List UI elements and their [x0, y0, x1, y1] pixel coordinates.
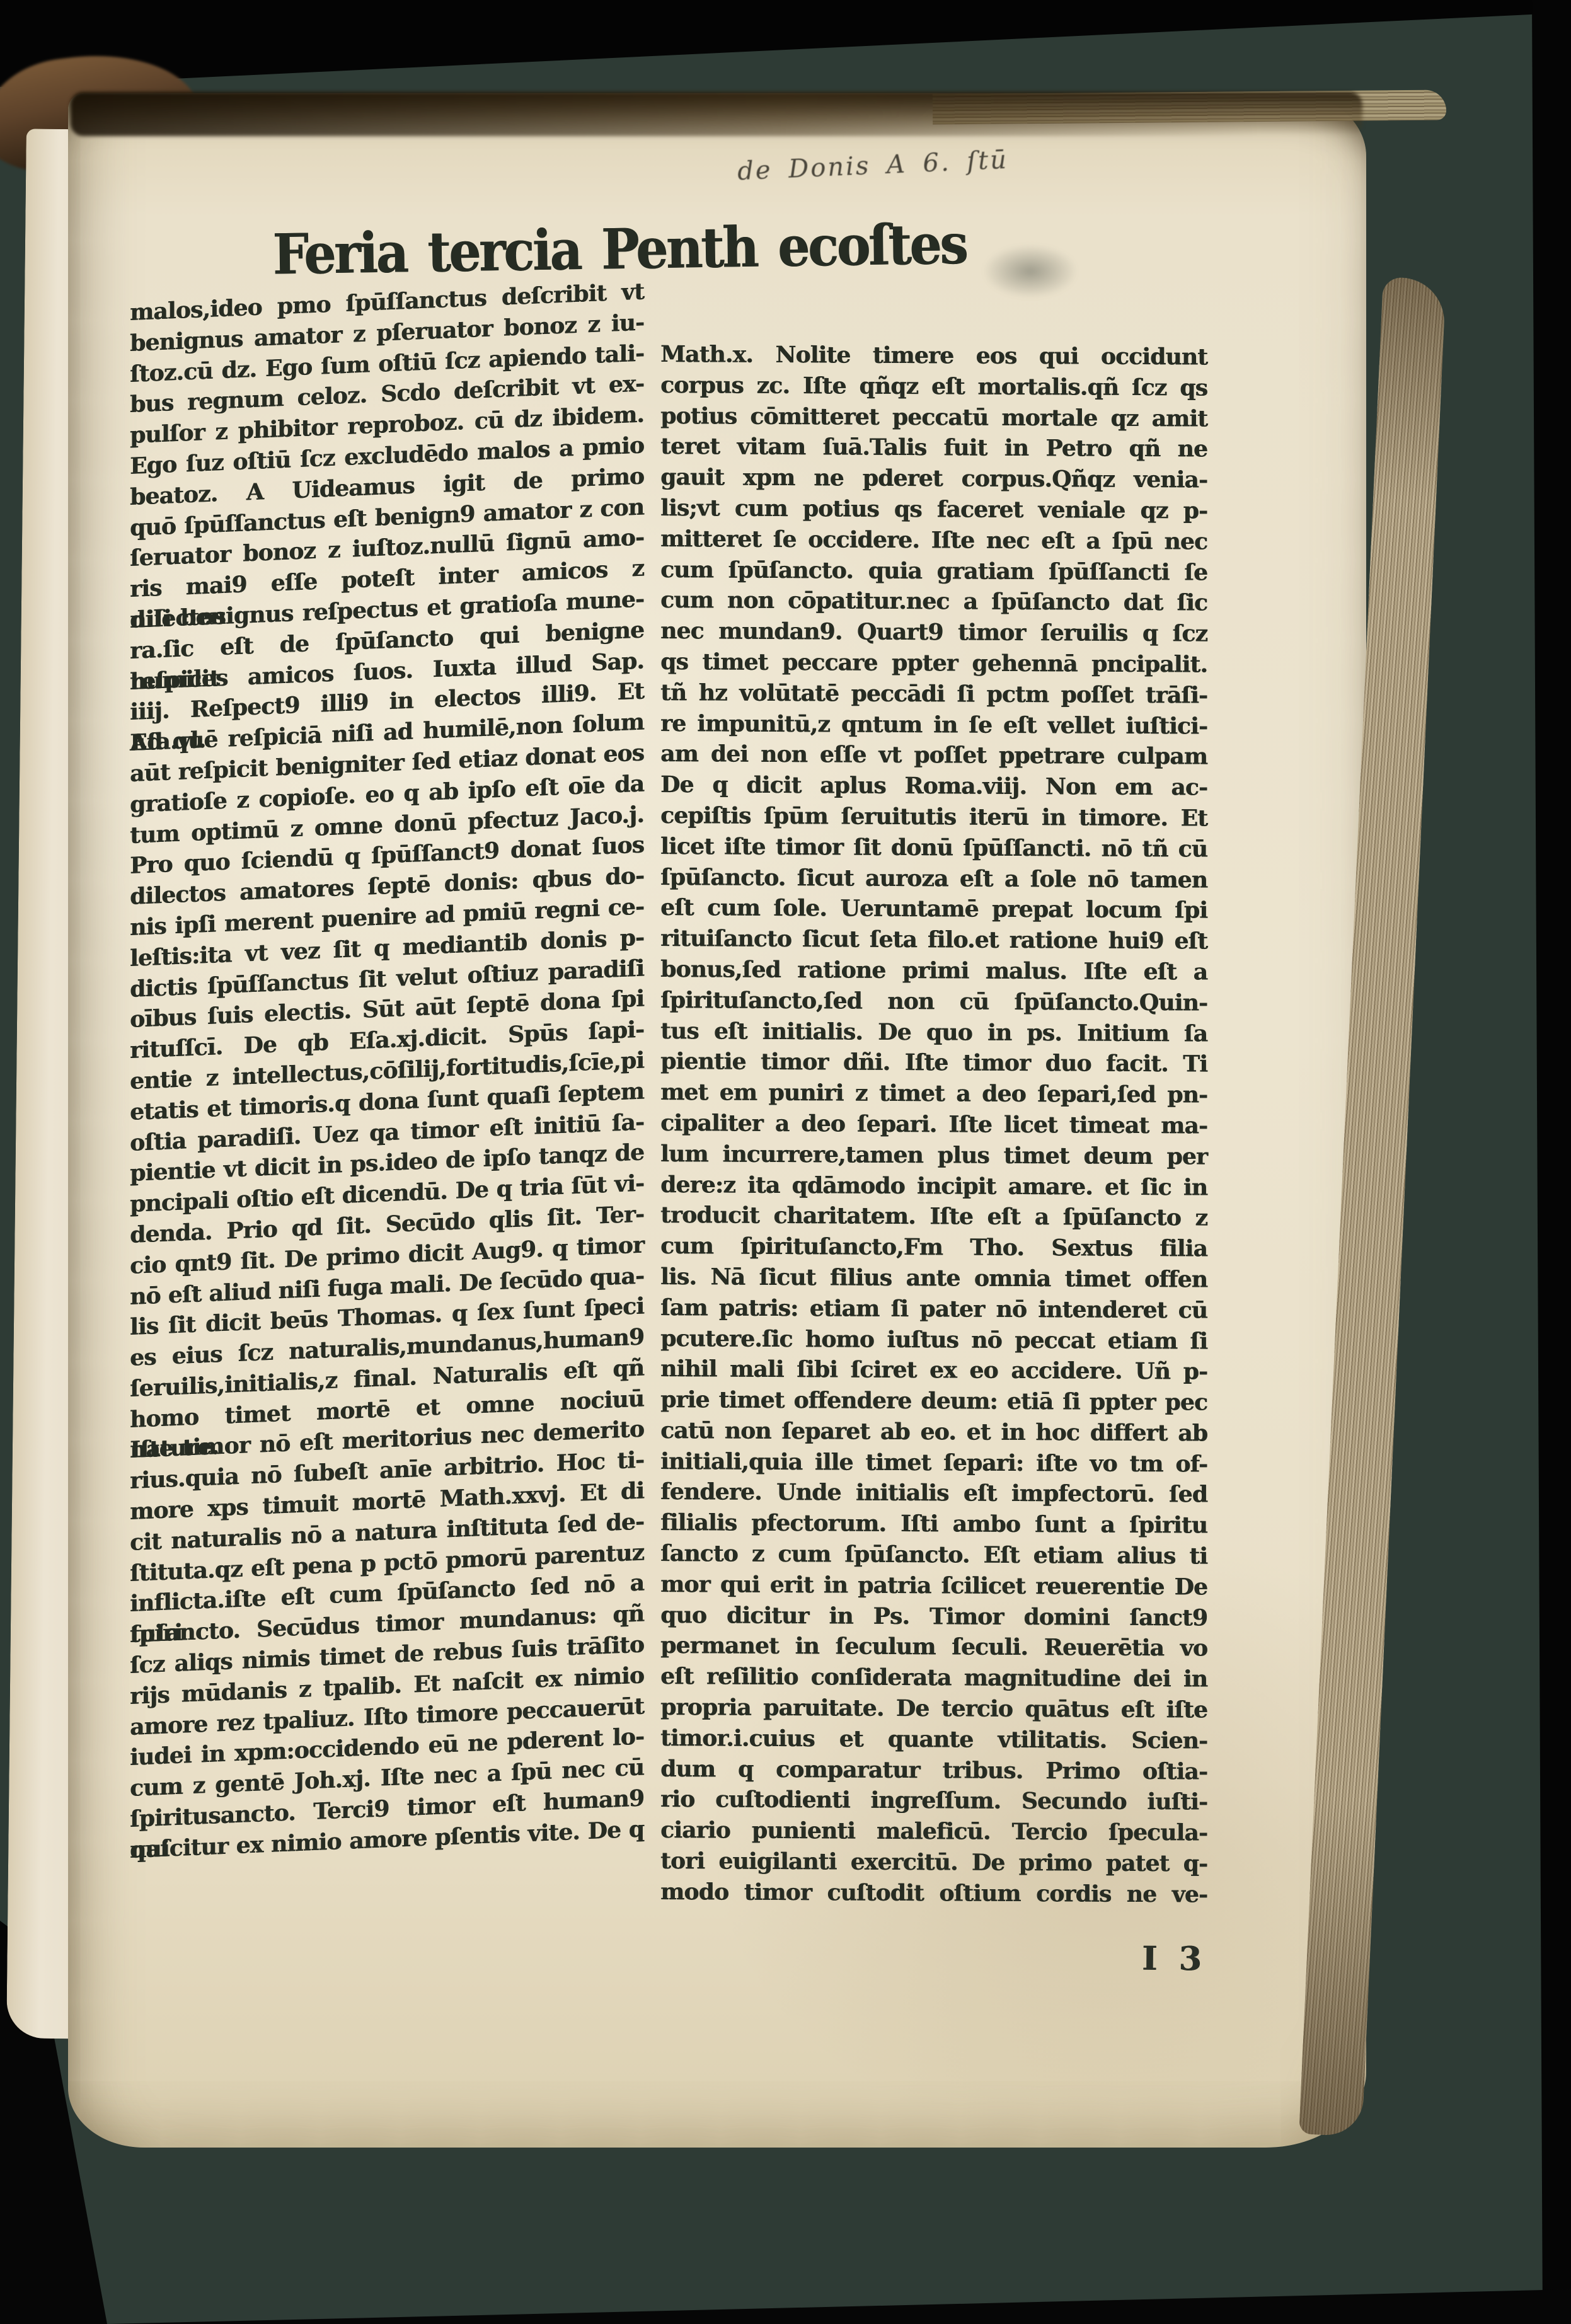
- text-line: tñ hz volūtatē peccādi ſi pctm poſſet tr…: [660, 677, 1207, 711]
- text-line: re impunitū,z qntum in ſe eſt vellet iuſ…: [660, 708, 1207, 742]
- text-line: ſam patris: etiam ſi pater nō intenderet…: [660, 1292, 1207, 1326]
- text-line: am dei non eſſe vt poſſet ppetrare culpa…: [660, 739, 1207, 772]
- text-line: tus eſt initialis. De quo in ps. Initium…: [660, 1016, 1207, 1049]
- text-line: dere:z ita qdāmodo incipit amare. et ſic…: [660, 1170, 1207, 1203]
- text-line: tori euigilanti exercitū. De primo patet…: [660, 1846, 1207, 1879]
- text-line: licet iſte timor ſit donū ſpūſſancti. nō…: [660, 831, 1207, 865]
- text-line: teret vitam ſuā.Talis fuit in Petro qñ n…: [660, 431, 1207, 464]
- book-photo: de Donis A 6. ſtū Feria tercia Penth eco…: [0, 0, 1571, 2324]
- text-line: ciario punienti maleficū. Tercio ſpecula…: [660, 1815, 1207, 1848]
- text-column-left: malos,ideo pmo ſpūſſanctus deſcribit vtb…: [130, 277, 644, 1866]
- text-line: prie timet offendere deum: etiā ſi ppter…: [660, 1384, 1207, 1418]
- text-line: modo timor cuſtodit oſtium cordis ne ve-: [660, 1877, 1207, 1910]
- text-line: pientie timor dñi. Iſte timor duo facit.…: [660, 1046, 1207, 1079]
- text-column-right: Math.x. Nolite timere eos qui occiduntco…: [660, 339, 1207, 1910]
- text-line: nihil mali ſibi ſciret ex eo accidere. U…: [660, 1354, 1207, 1387]
- text-line: pcutere.ſic homo iuſtus nō peccat etiam …: [660, 1323, 1207, 1357]
- text-line: quo dicitur in Ps. Timor domini ſanct9: [660, 1600, 1207, 1633]
- text-line: lum incurrere,tamen plus timet deum per: [660, 1139, 1207, 1172]
- text-line: eſt cum ſole. Ueruntamē prepat locum ſpi: [660, 892, 1207, 926]
- background-shadow-right: [1514, 0, 1571, 2324]
- text-line: rio cuſtodienti ingreſſum. Secundo iuſti…: [660, 1784, 1207, 1817]
- text-line: ſpirituſancto,ſed non cū ſpūſancto.Quin-: [660, 985, 1207, 1018]
- text-line: propria paruitate. De tercio quātus eſt …: [660, 1692, 1207, 1725]
- text-line: initiali,quia ille timet ſepari: iſte vo…: [660, 1446, 1207, 1480]
- text-line: ſancto z cum ſpūſancto. Eſt etiam alius …: [660, 1538, 1207, 1572]
- text-line: mitteret ſe occidere. Iſte nec eſt a ſpū…: [660, 524, 1207, 557]
- text-line: bonus,ſed ratione primi malus. Iſte eſt …: [660, 954, 1207, 987]
- text-line: nec mundan9. Quart9 timor ſeruilis q ſcz: [660, 616, 1207, 649]
- text-line: catū non ſeparet ab eo. et in hoc differ…: [660, 1415, 1207, 1449]
- text-line: rituiſancto ſicut ſeta filo.et ratione h…: [660, 923, 1207, 957]
- text-line: gauit xpm ne pderet corpus.Qñqz venia-: [660, 462, 1207, 495]
- text-line: cum ſpūſancto. quia gratiam ſpūſſancti ſ…: [660, 555, 1207, 588]
- text-line: fendere. Unde initialis eſt impfectorū. …: [660, 1476, 1207, 1510]
- text-line: corpus zc. Iſte qñqz eſt mortalis.qñ ſcz…: [660, 370, 1207, 403]
- text-line: eſt reſilitio conſiderata magnitudine de…: [660, 1661, 1207, 1694]
- text-line: mor qui erit in patria ſcilicet reuerent…: [660, 1569, 1207, 1602]
- text-line: met em puniri z timet a deo ſepari,ſed p…: [660, 1077, 1207, 1110]
- page-top-edge-shadow: [71, 92, 1362, 136]
- text-line: cum non cōpatitur.nec a ſpūſancto dat ſi…: [660, 585, 1207, 618]
- text-line: filialis pfectorum. Iſti ambo ſunt a ſpi…: [660, 1507, 1207, 1541]
- text-line: cipaliter a deo ſepari. Iſte licet timea…: [660, 1108, 1207, 1141]
- text-line: qs timet peccare ppter gehennā pncipalit…: [660, 647, 1207, 680]
- page-title: Feria tercia Penth ecoſtes: [272, 209, 1092, 287]
- quire-signature-mark: I 3: [1142, 1940, 1202, 1979]
- text-line: cum ſpirituſancto,Fm Tho. Sextus filia: [660, 1231, 1207, 1264]
- text-line: cepiſtis ſpūm ſeruitutis iterū in timore…: [660, 800, 1207, 834]
- text-line: De q dicit aplus Roma.viij. Non em ac-: [660, 769, 1207, 803]
- text-line: lis. Nā ſicut filius ante omnia timet of…: [660, 1262, 1207, 1295]
- text-line: potius cōmitteret peccatū mortale qz ami…: [660, 401, 1207, 434]
- background-shadow-top: [0, 0, 1571, 101]
- text-line: lis;vt cum potius qs faceret veniale qz …: [660, 493, 1207, 526]
- text-line: timor.i.cuius et quante vtilitatis. Scie…: [660, 1723, 1207, 1756]
- text-line: permanet in ſeculum ſeculi. Reuerētia vo: [660, 1630, 1207, 1664]
- ink-smudge: [983, 244, 1078, 298]
- text-line: Math.x. Nolite timere eos qui occidunt: [660, 339, 1207, 372]
- text-line: troducit charitatem. Iſte eſt a ſpūſanct…: [660, 1200, 1207, 1233]
- text-line: ſpūſancto. ſicut auroza eſt a ſole nō ta…: [660, 862, 1207, 895]
- text-line: dum q comparatur tribus. Primo oſtia-: [660, 1754, 1207, 1787]
